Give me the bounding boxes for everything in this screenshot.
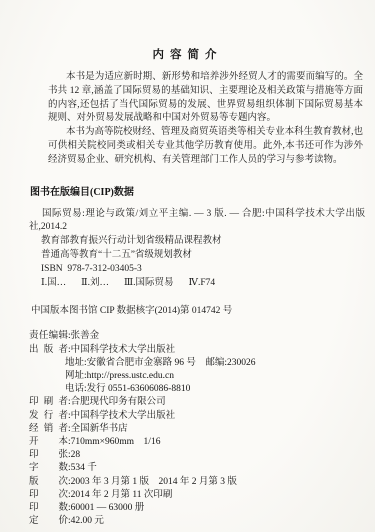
cip-registry-number: 中国版本图书馆 CIP 数据核字(2014)第 014742 号	[31, 302, 375, 316]
field-value: 60001 — 63000 册	[71, 503, 145, 513]
field-label: 责任编辑	[29, 330, 68, 343]
colophon-row-wordcount: 字 数:534 千	[29, 462, 375, 475]
cip-series-line: 普通高等教育“十二五”省级规划教材	[41, 249, 365, 263]
colophon-row-format: 开 本:710mm×960mm 1/16	[29, 436, 375, 449]
field-label: 印 次	[29, 489, 68, 502]
field-value: 2003 年 3 月第 1 版 2014 年 2 月第 3 版	[71, 477, 237, 487]
field-value: 710mm×960mm 1/16	[71, 437, 161, 447]
classification-item: Ⅰ.国…	[41, 277, 66, 291]
cip-block: 国际贸易:理论与政策/刘立平主编. — 3 版. — 合肥:中国科学技术大学出版…	[29, 208, 365, 291]
content-summary: 本书是为适应新时期、新形势和培养涉外经贸人才的需要而编写的。全书共 12 章,涵…	[48, 71, 363, 168]
colophon-row-edition: 版 次:2003 年 3 月第 1 版 2014 年 2 月第 3 版	[29, 476, 375, 489]
field-value: 张善金	[71, 331, 100, 341]
colophon-row-seller: 经 销 者:全国新华书店	[29, 423, 375, 436]
field-label: 开 本	[29, 436, 68, 449]
cip-description: 国际贸易:理论与政策/刘立平主编. — 3 版. — 合肥:中国科学技术大学出版…	[29, 208, 365, 236]
cip-classification: Ⅰ.国… Ⅱ.刘… Ⅲ.国际贸易 Ⅳ.F74	[41, 277, 365, 291]
field-label: 出 版 者	[29, 344, 68, 357]
colophon-row-sheets: 印 张:28	[29, 449, 375, 462]
summary-paragraph: 本书是为适应新时期、新形势和培养涉外经贸人才的需要而编写的。全书共 12 章,涵…	[48, 71, 363, 126]
field-value: 28	[71, 450, 81, 460]
content-summary-title: 内容简介	[0, 0, 375, 62]
field-value: 2014 年 2 月第 11 次印刷	[71, 490, 173, 500]
field-value: 合肥现代印务有限公司	[71, 397, 166, 407]
book-copyright-page: 内容简介 本书是为适应新时期、新形势和培养涉外经贸人才的需要而编写的。全书共 1…	[0, 0, 375, 532]
publisher-address: 地址:安徽省合肥市金寨路 96 号 邮编:230026	[65, 357, 375, 370]
summary-paragraph: 本书为高等院校财经、管理及商贸英语类等相关专业本科生教育教材,也可供相关院校同类…	[48, 126, 363, 167]
field-label: 版 次	[29, 476, 68, 489]
field-label: 印 刷 者	[29, 396, 68, 409]
colophon-row-distributor: 发 行 者:中国科学技术大学出版社	[29, 410, 375, 423]
cip-heading: 图书在版编目(CIP)数据	[30, 183, 375, 198]
publisher-phone: 电话:发行 0551-63606086-8810	[65, 383, 375, 396]
colophon-row-impression: 印 次:2014 年 2 月第 11 次印刷	[29, 489, 375, 502]
field-value: 534 千	[71, 463, 97, 473]
colophon-row-printrun: 印 数:60001 — 63000 册	[29, 502, 375, 515]
classification-item: Ⅳ.F74	[189, 277, 216, 291]
colophon-row-printer: 印 刷 者:合肥现代印务有限公司	[29, 396, 375, 409]
colophon-row-editor: 责任编辑:张善金	[29, 330, 375, 343]
publisher-contact-block: 地址:安徽省合肥市金寨路 96 号 邮编:230026 网址:http://pr…	[65, 357, 375, 397]
cip-isbn: ISBN 978-7-312-03405-3	[41, 263, 365, 277]
field-label: 印 张	[29, 449, 68, 462]
field-value: 全国新华书店	[71, 424, 128, 434]
field-value: 42.00 元	[71, 516, 104, 526]
field-label: 经 销 者	[29, 423, 68, 436]
field-label: 印 数	[29, 502, 68, 515]
classification-item: Ⅱ.刘…	[81, 277, 109, 291]
field-value: 中国科学技术大学出版社	[71, 411, 176, 421]
field-label: 定 价	[29, 515, 68, 528]
field-value: 中国科学技术大学出版社	[71, 345, 176, 355]
field-label: 字 数	[29, 462, 68, 475]
field-label: 发 行 者	[29, 410, 68, 423]
colophon-row-publisher: 出 版 者:中国科学技术大学出版社	[29, 344, 375, 357]
classification-item: Ⅲ.国际贸易	[124, 277, 174, 291]
publication-details: 责任编辑:张善金 出 版 者:中国科学技术大学出版社 地址:安徽省合肥市金寨路 …	[29, 330, 375, 528]
colophon-row-price: 定 价:42.00 元	[29, 515, 375, 528]
publisher-website: 网址:http://press.ustc.edu.cn	[65, 370, 375, 383]
cip-series-line: 教育部教育振兴行动计划省级精品课程教材	[41, 235, 365, 249]
